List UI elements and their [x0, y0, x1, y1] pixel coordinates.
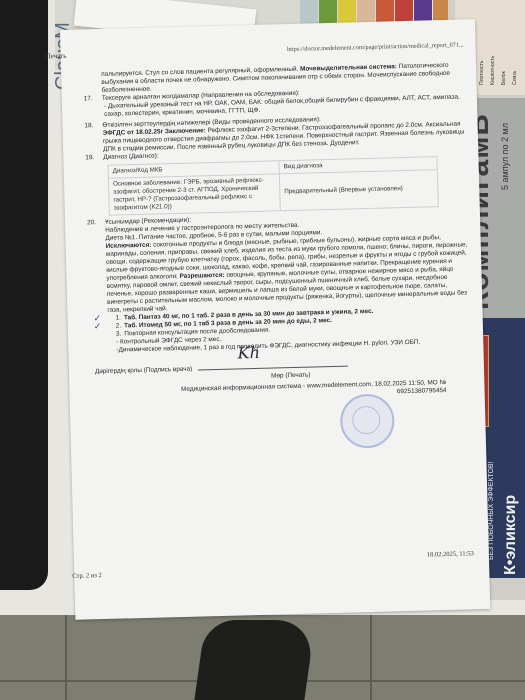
diagnosis-table: Диагноз/Код МКБ Вид диагноза Основное за…: [108, 156, 439, 216]
diet-text: Исключаются: сокогонные продукты и блюда…: [106, 233, 475, 315]
dark-device-edge: [0, 0, 48, 590]
checkmark-icon: ✓: [94, 322, 102, 330]
poster-column-label: Слизь: [512, 71, 518, 85]
official-stamp: [340, 393, 395, 448]
signature-line: Kh: [198, 359, 348, 371]
ad-brand: К•эликсир: [502, 495, 520, 575]
footer-date: 18.02.2025, 11:53: [427, 550, 474, 558]
report-content: пальпируется. Стул со слов пациента регу…: [83, 61, 477, 404]
medical-report-page: Печать https://doctor.medelement.com/pag…: [60, 19, 490, 620]
section-20: 20. Ұсынымдар (Рекомендации): Наблюдение…: [87, 209, 475, 355]
print-label: Печать: [46, 52, 67, 61]
poster-column-label: Белок: [501, 71, 507, 85]
diagnosis-type-cell: Предварительный (Впервые установлен): [279, 170, 438, 211]
shoe-shadow: [194, 620, 315, 700]
allowed-label: Разрешаются:: [179, 272, 224, 280]
doctor-signature: Kh: [238, 349, 260, 358]
product-box-subtitle: 5 ампул по 2 мл: [500, 123, 510, 190]
signature-label: Дәрігердің қолы (Подпись врача): [95, 366, 192, 376]
table-row: Основное заболевание: ГЭРБ, эрозивный ре…: [108, 170, 438, 216]
ad-slogan-line2: БЕЗ ПОБОЧНЫХ ЭФФЕКТОВ!: [488, 461, 495, 560]
poster-column-label: Плотность: [479, 61, 485, 85]
page-url: https://doctor.medelement.com/page/print…: [287, 41, 464, 53]
footer-page-number: Стр. 2 из 2: [72, 572, 102, 580]
excluded-label: Исключаются:: [106, 242, 152, 250]
diagnosis-cell: Основное заболевание: ГЭРБ, эрозивный ре…: [108, 174, 280, 215]
poster-column-label: Кислотность: [490, 56, 496, 85]
